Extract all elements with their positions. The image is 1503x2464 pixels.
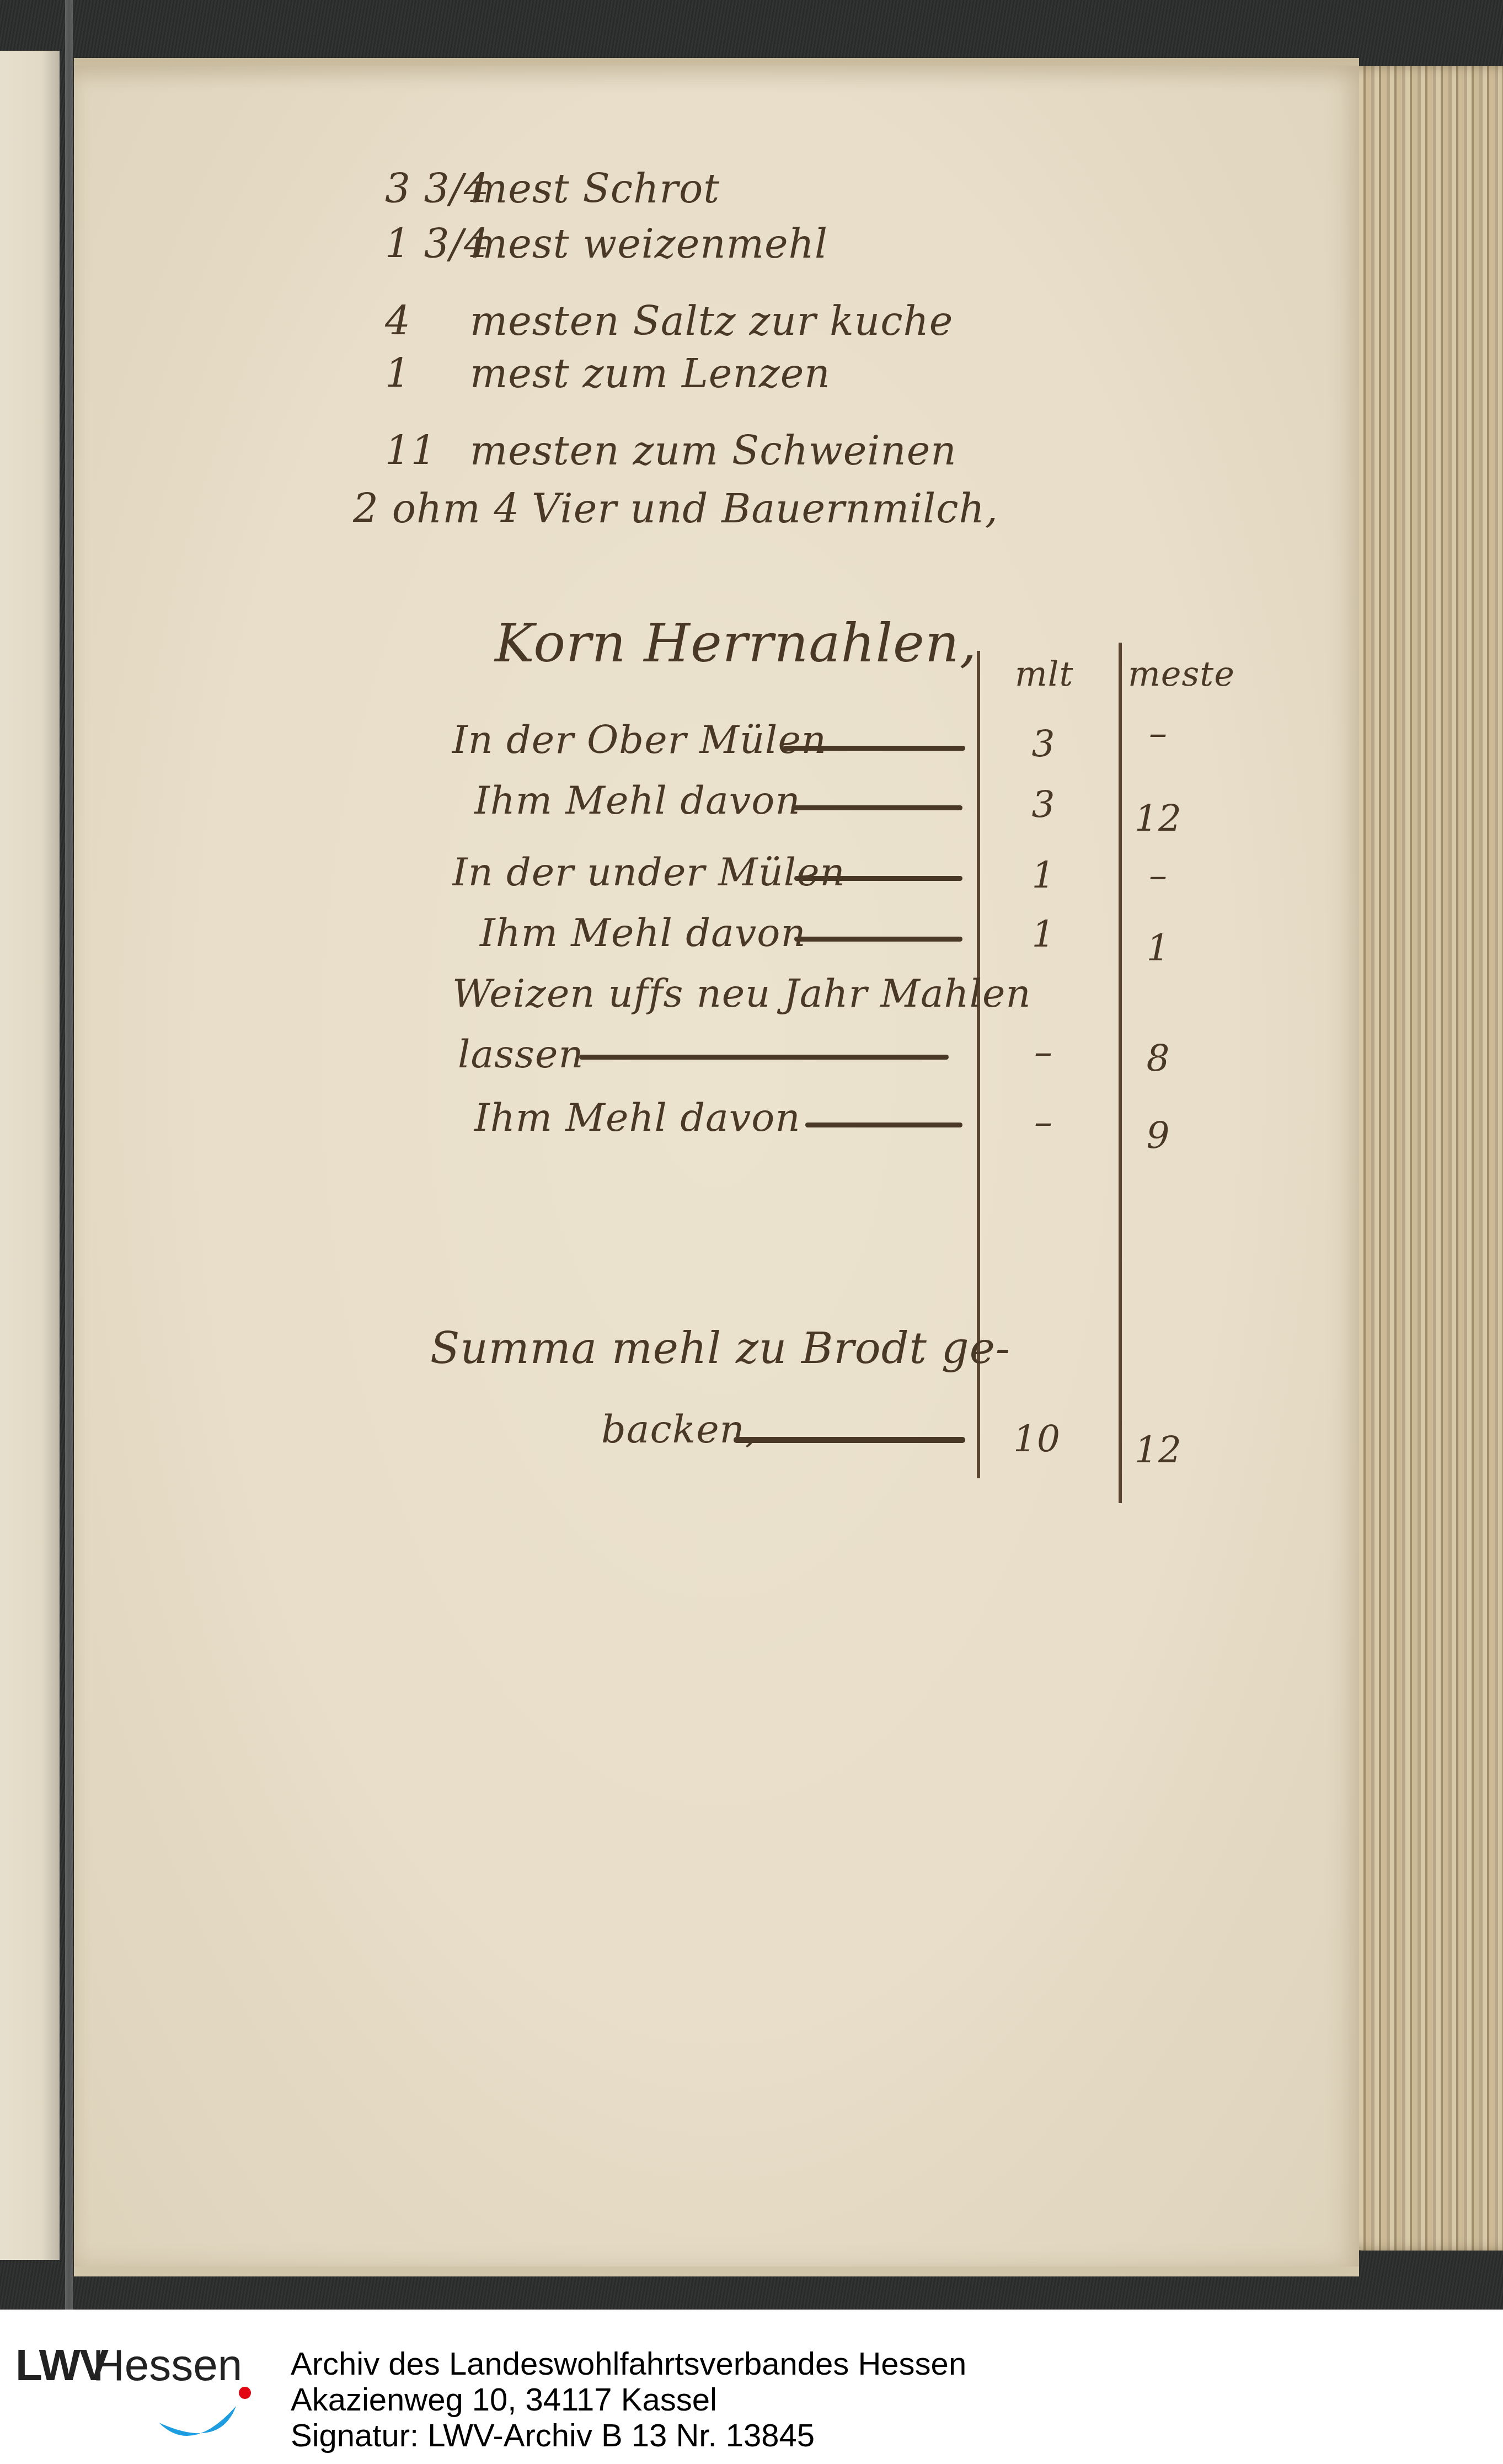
list-item: 2 ohm 4 Vier und Bauernmilch, [353,485,998,532]
row-rule [794,937,962,942]
facing-page-edge [0,51,60,2260]
list-qty: 4 [385,298,457,344]
row-mlt: 1 [1010,854,1077,896]
row-meste: – [1125,712,1191,754]
row-meste: 9 [1125,1114,1191,1157]
list-text: Vier und Bauernmilch, [532,485,998,532]
table-row-label: Ihm Mehl davon [480,910,806,955]
row-meste: 12 [1125,797,1191,840]
archive-address: Akazienweg 10, 34117 Kassel [291,2384,717,2416]
row-mlt: 3 [1010,783,1077,826]
row-rule [794,876,962,881]
glass-plate-edge [65,0,73,2310]
table-row-label: Ihm Mehl davon [474,778,801,823]
list-text: mesten zum Schweinen [470,427,957,474]
list-item: 1 3/4 mest weizenmehl [385,221,828,267]
column-header-meste: meste [1128,654,1235,694]
list-qty: 11 [385,427,457,474]
table-row-label: Weizen uffs neu Jahr Mahlen [452,971,1031,1016]
row-rule [579,1055,949,1060]
row-meste: 8 [1125,1037,1191,1079]
list-item: 3 3/4 mest Schrot [385,165,720,212]
book-fore-edge [1340,66,1503,2251]
row-mlt: 3 [1010,723,1077,765]
row-meste: 1 [1125,927,1191,969]
table-row-label: Ihm Mehl davon [474,1095,801,1140]
list-qty: 2 ohm 4 [353,485,518,532]
logo-dot-icon [239,2387,251,2399]
list-item: 4 mesten Saltz zur kuche [385,298,953,344]
row-mlt: – [1010,1100,1077,1143]
total-label: Summa mehl zu Brodt ge- [430,1324,1010,1373]
row-rule [783,746,965,751]
list-item: 11 mesten zum Schweinen [385,427,957,474]
archive-name: Archiv des Landeswohlfahrtsverbandes Hes… [291,2348,966,2380]
logo-text-regular: Hessen [93,2340,242,2391]
archive-footer: LWV Hessen Archiv des Landeswohlfahrtsve… [0,2310,1503,2464]
table-row-label: In der under Mülen [452,849,846,895]
list-qty: 1 3/4 [385,221,457,267]
column-divider [1119,643,1122,1503]
row-rule [791,805,962,810]
list-text: mesten Saltz zur kuche [470,298,954,344]
table-row-label: In der Ober Mülen [452,717,827,762]
list-qty: 1 [385,350,457,397]
total-label-continued: backen, [601,1407,758,1452]
archive-signature: Signatur: LWV-Archiv B 13 Nr. 13845 [291,2420,815,2452]
list-item: 1 mest zum Lenzen [385,350,831,397]
scan-area: 3 3/4 mest Schrot 1 3/4 mest weizenmehl … [0,0,1503,2310]
column-header-mlt: mlt [1015,654,1074,694]
lwv-hessen-logo: LWV Hessen [15,2340,269,2450]
section-heading: Korn Herrnahlen, [495,612,977,674]
row-mlt: 1 [1010,913,1077,955]
total-rule [734,1437,965,1443]
total-mlt: 10 [1004,1418,1070,1460]
row-rule [805,1123,962,1127]
logo-swoosh-icon [153,2401,247,2450]
list-text: mest Schrot [470,165,720,212]
row-mlt: – [1010,1030,1077,1073]
table-row-label-continued: lassen [458,1031,584,1077]
list-text: mest weizenmehl [470,221,828,267]
list-text: mest zum Lenzen [470,350,831,397]
row-meste: – [1125,854,1191,896]
list-qty: 3 3/4 [385,165,457,212]
total-meste: 12 [1125,1429,1191,1471]
